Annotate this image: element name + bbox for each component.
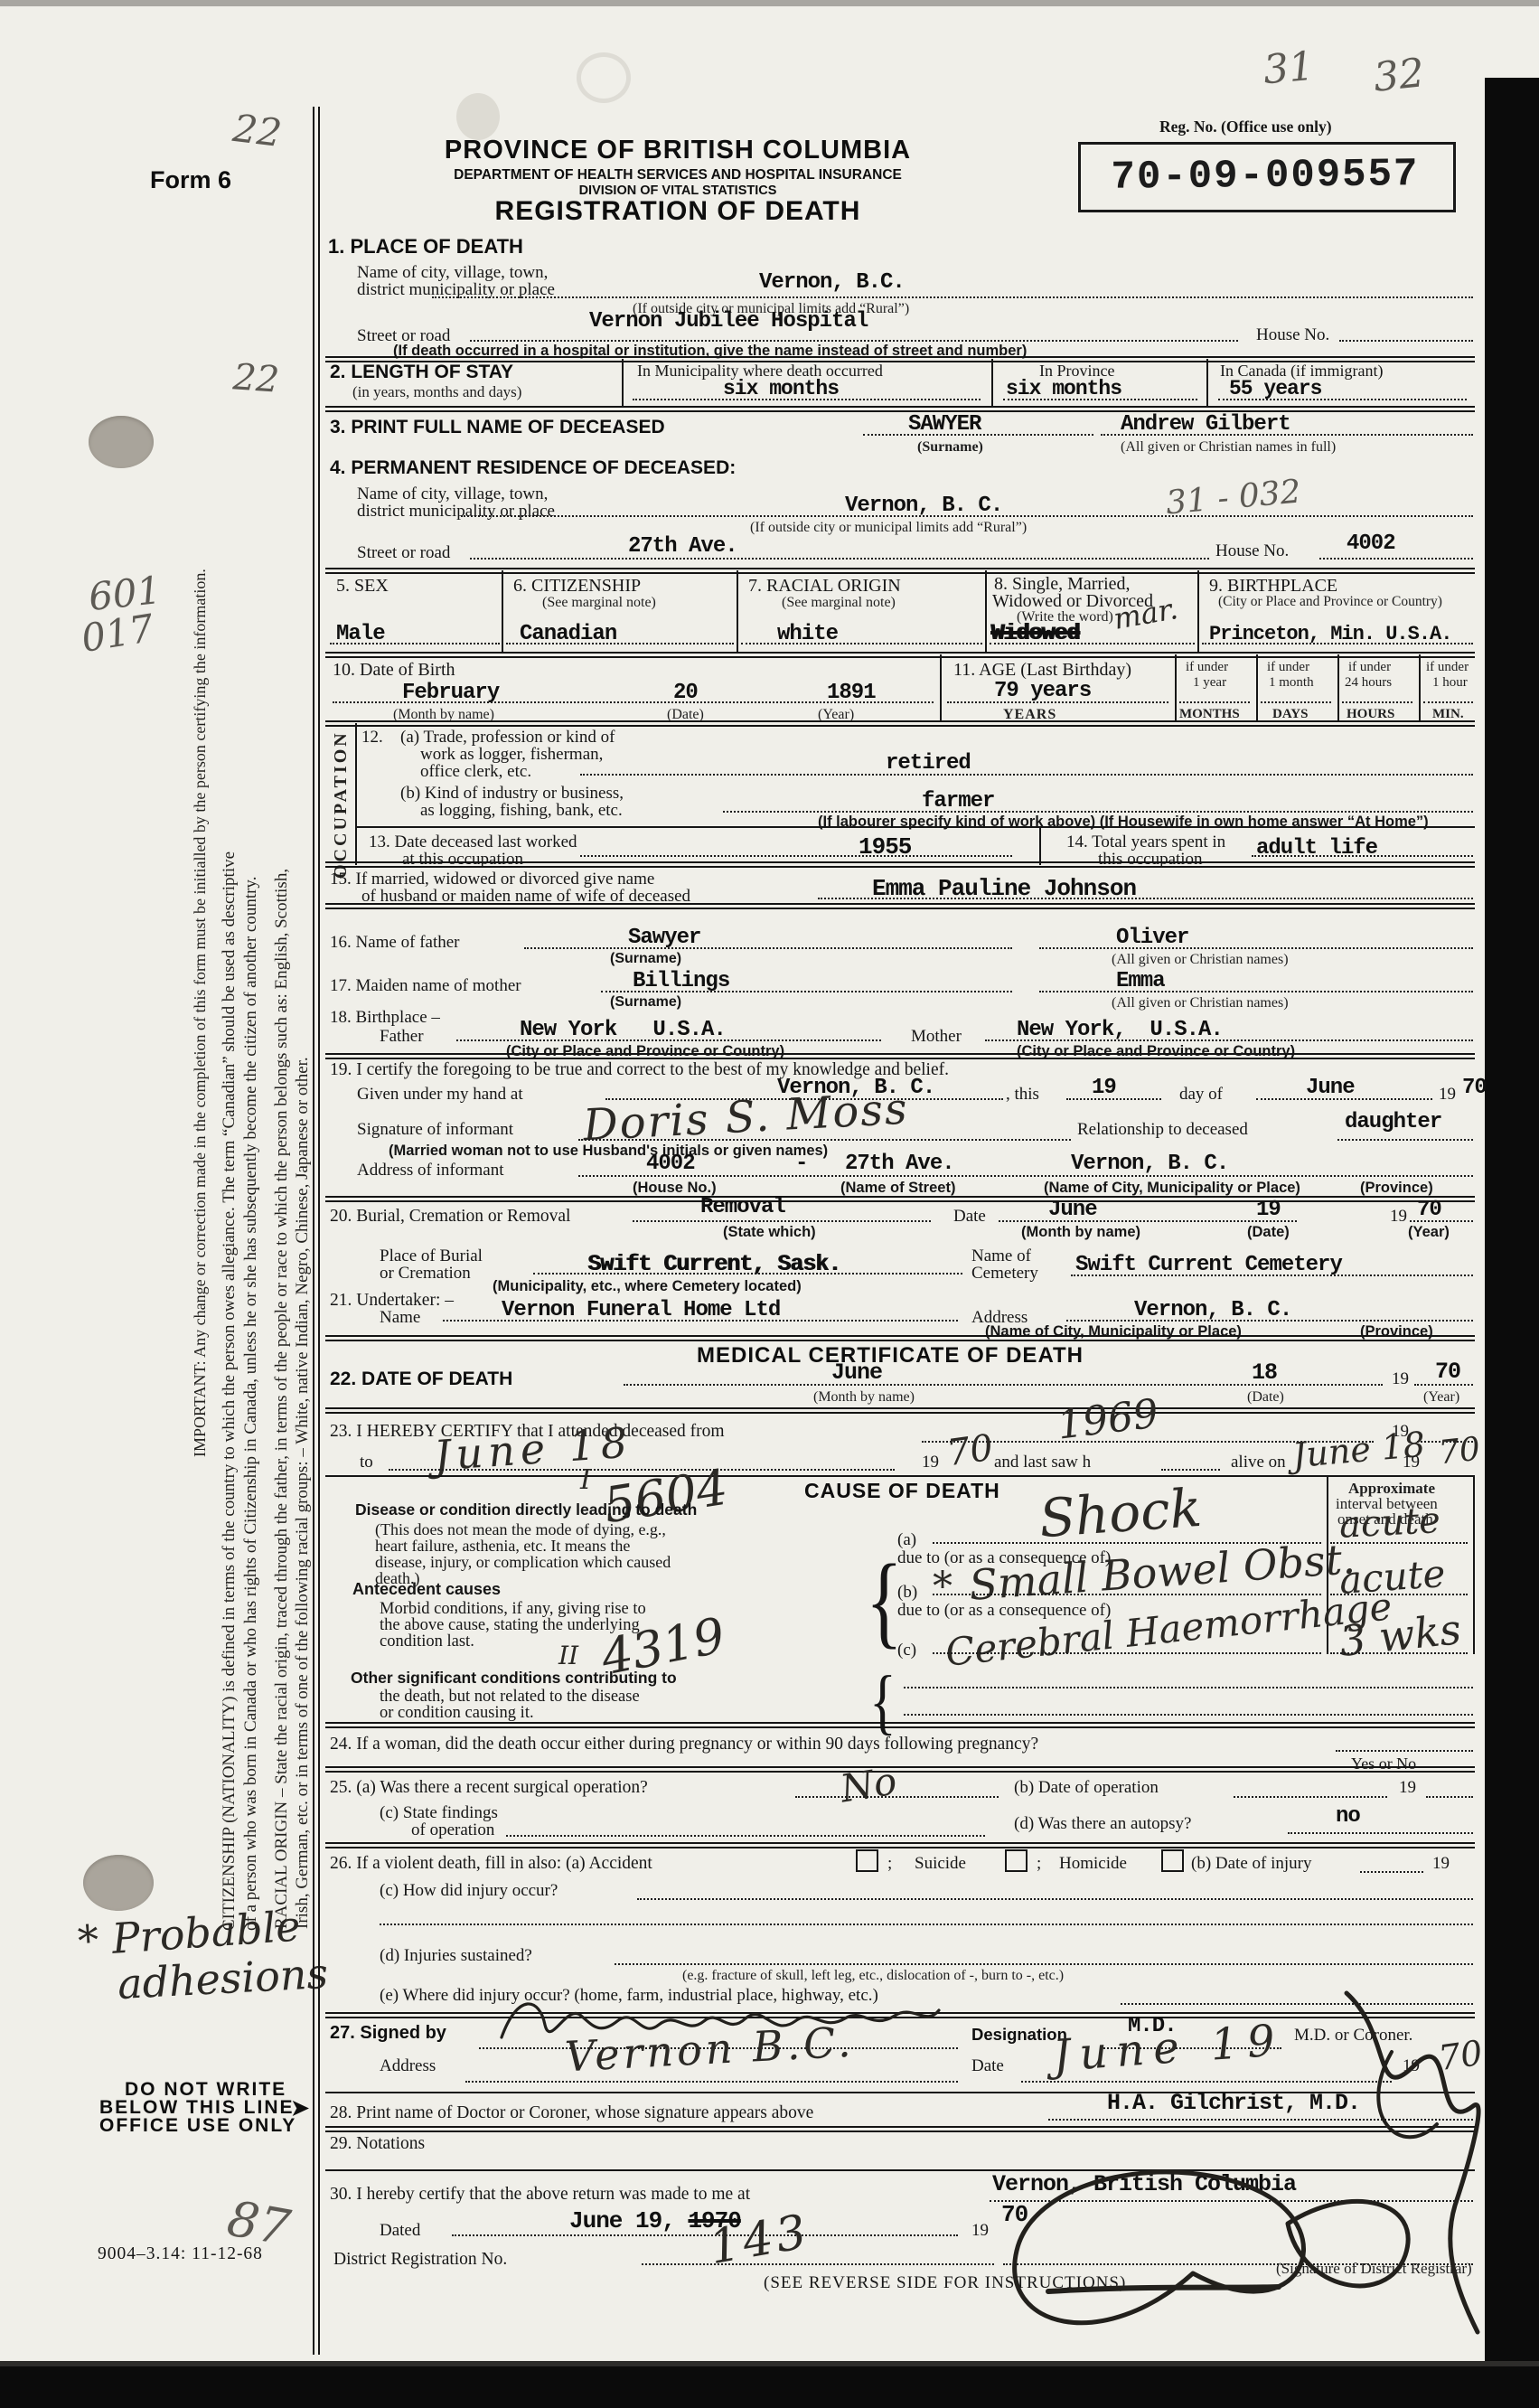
cell-border bbox=[985, 570, 987, 654]
s19-city-hint: (Name of City, Municipality or Place) bbox=[1044, 1180, 1300, 1197]
s11-if-under: if under bbox=[1267, 659, 1309, 675]
s19-relationship-value: daughter bbox=[1345, 1110, 1441, 1134]
s22-year19: 19 bbox=[1392, 1369, 1409, 1390]
s20-date-day: 19 bbox=[1256, 1198, 1281, 1222]
s3-given-names: Andrew Gilbert bbox=[1121, 412, 1290, 437]
cell-border bbox=[940, 654, 942, 721]
s23-to-label: to bbox=[360, 1452, 373, 1473]
s26-c-label: (c) How did injury occur? bbox=[380, 1880, 558, 1902]
medical-title: MEDICAL CERTIFICATE OF DEATH bbox=[596, 1343, 1184, 1369]
s16-surname-hint: (Surname) bbox=[610, 951, 681, 967]
s11-under-1year: 1 year bbox=[1193, 674, 1226, 691]
cause-other-3: or condition causing it. bbox=[380, 1703, 534, 1724]
s18-father-value: New York U.S.A. bbox=[520, 1018, 726, 1042]
s4-city-label-2: district municipality or place bbox=[357, 501, 555, 522]
cause-antecedent-label: Antecedent causes bbox=[352, 1580, 501, 1599]
s20-municipality-hint: (Municipality, etc., where Cemetery loca… bbox=[493, 1278, 802, 1295]
s22-label: 22. DATE OF DEATH bbox=[330, 1369, 512, 1390]
dotted-line bbox=[533, 1273, 962, 1275]
dotted-line bbox=[580, 855, 1012, 857]
section-divider bbox=[325, 568, 1475, 574]
s17-surname: Billings bbox=[633, 969, 729, 993]
s19-year-value: 70 bbox=[1462, 1076, 1487, 1100]
handwritten-22-top: 22 bbox=[230, 106, 284, 155]
cell-border bbox=[1175, 654, 1177, 721]
cell-border bbox=[502, 570, 503, 654]
margin-note-racial-origin-line2: Irish, German, etc. or in terms of one o… bbox=[293, 1057, 313, 1929]
handwritten-22-mid: 22 bbox=[231, 356, 280, 400]
s4-title: 4. PERMANENT RESIDENCE OF DECEASED: bbox=[330, 457, 736, 479]
dotted-line bbox=[1066, 1320, 1473, 1322]
dotted-line bbox=[1161, 1469, 1220, 1471]
cause-other-label: Other significant conditions contributin… bbox=[351, 1669, 677, 1688]
dotted-line bbox=[933, 1594, 1321, 1595]
dotted-line bbox=[506, 1835, 985, 1837]
dotted-line bbox=[637, 1898, 1473, 1900]
s17-surname-hint: (Surname) bbox=[610, 994, 681, 1011]
s3-surname-hint: (Surname) bbox=[917, 438, 983, 456]
brace: { bbox=[869, 1660, 896, 1744]
cell-border bbox=[1337, 654, 1339, 721]
dotted-line bbox=[432, 296, 1473, 298]
s26-b-label: (b) Date of injury bbox=[1191, 1853, 1311, 1875]
row-divider bbox=[355, 826, 1475, 828]
s30-dated-month-day: June 19, bbox=[569, 2207, 688, 2234]
reg-no-stamp: 70-09-009557 bbox=[1107, 152, 1424, 201]
dotted-line bbox=[1039, 947, 1473, 949]
s20-state-hint: (State which) bbox=[723, 1224, 816, 1241]
s22-month: June bbox=[831, 1359, 882, 1386]
dotted-line bbox=[947, 701, 1168, 703]
dotted-line bbox=[1252, 855, 1473, 857]
s6-marginal-hint: (See marginal note) bbox=[542, 594, 656, 611]
s19-this-label: , this bbox=[1006, 1084, 1039, 1105]
s2-title: 2. LENGTH OF STAY bbox=[330, 362, 513, 383]
s20-label: 20. Burial, Cremation or Removal bbox=[330, 1206, 570, 1228]
s21-address-value: Vernon, B. C. bbox=[1134, 1298, 1291, 1322]
scan-right-black-band bbox=[1485, 78, 1539, 2408]
dotted-line bbox=[452, 2234, 958, 2236]
s17-label: 17. Maiden name of mother bbox=[330, 975, 521, 997]
s25-b-year19: 19 bbox=[1399, 1777, 1416, 1799]
header-department: DEPARTMENT OF HEALTH SERVICES AND HOSPIT… bbox=[389, 167, 967, 183]
dotted-line bbox=[524, 947, 1012, 949]
handwritten-adhesions: adhesions bbox=[117, 1949, 329, 2008]
s21-name-label: Name bbox=[380, 1307, 420, 1329]
cell-border bbox=[622, 359, 624, 406]
dotted-line bbox=[1330, 1652, 1468, 1654]
punch-hole bbox=[89, 416, 154, 468]
cause-disease-label: Disease or condition directly leading to… bbox=[355, 1500, 697, 1519]
scan-top-edge bbox=[0, 0, 1539, 6]
s1-city-value: Vernon, B.C. bbox=[759, 270, 905, 295]
s18-mother-value: New York, U.S.A. bbox=[1017, 1018, 1223, 1042]
dotted-line bbox=[1039, 991, 1473, 992]
dotted-line bbox=[380, 1924, 1473, 1925]
handwritten-shock: Shock bbox=[1037, 1477, 1204, 1549]
s16-given: Oliver bbox=[1116, 926, 1188, 950]
margin-note-racial-origin-line1: RACIAL ORIGIN – State the racial origin,… bbox=[272, 869, 292, 1929]
s20-year-value: 70 bbox=[1417, 1198, 1441, 1222]
dotted-line bbox=[642, 2263, 994, 2265]
dotted-line bbox=[1256, 1098, 1432, 1100]
s19-signature-label: Signature of informant bbox=[357, 1119, 513, 1141]
s18-father-label: Father bbox=[380, 1026, 424, 1048]
s25-a-label: 25. (a) Was there a recent surgical oper… bbox=[330, 1777, 648, 1799]
s2-col3-value: 55 years bbox=[1229, 377, 1321, 400]
header-title: REGISTRATION OF DEATH bbox=[389, 196, 967, 227]
handwritten-mark-I: I bbox=[580, 1464, 591, 1496]
cell-border bbox=[355, 723, 357, 865]
dotted-line bbox=[1426, 1796, 1473, 1798]
s26-semi-1: ; bbox=[887, 1853, 892, 1875]
dotted-line bbox=[723, 811, 1473, 813]
cause-morbid-3: condition last. bbox=[380, 1632, 474, 1652]
s19-dayof-label: day of bbox=[1179, 1084, 1223, 1105]
s19-day: 19 bbox=[1092, 1076, 1116, 1100]
s19-address-dash: - bbox=[795, 1152, 807, 1176]
s11-value: 79 years bbox=[994, 679, 1091, 703]
section-divider bbox=[325, 652, 1475, 658]
s22-date-hint: (Date) bbox=[1247, 1388, 1284, 1406]
cell-border bbox=[1206, 359, 1208, 406]
section-divider bbox=[325, 1335, 1475, 1341]
s22-day: 18 bbox=[1252, 1359, 1277, 1386]
s20-cemetery-value: Swift Current Cemetery bbox=[1075, 1253, 1342, 1277]
s19-address-street: 27th Ave. bbox=[845, 1152, 954, 1176]
cell-border bbox=[1419, 654, 1421, 721]
cell-border bbox=[1197, 570, 1199, 654]
s19-address-city: Vernon, B. C. bbox=[1071, 1152, 1228, 1176]
dotted-line bbox=[933, 1652, 1321, 1654]
do-not-write-line3: OFFICE USE ONLY bbox=[99, 2115, 296, 2137]
s23-handwritten-from: 1969 bbox=[1055, 1390, 1160, 1448]
section-divider bbox=[325, 720, 1475, 727]
s4-house-value: 4002 bbox=[1347, 531, 1395, 556]
dotted-line bbox=[470, 340, 1238, 342]
s16-surname: Sawyer bbox=[628, 926, 700, 950]
scan-smudge-circle bbox=[456, 93, 500, 140]
s5-label: 5. SEX bbox=[336, 575, 389, 597]
dotted-line bbox=[985, 1039, 1473, 1041]
dotted-line bbox=[333, 701, 934, 703]
s23-lastsaw: and last saw h bbox=[994, 1452, 1091, 1473]
s1-house-label: House No. bbox=[1256, 325, 1329, 346]
scan-smudge-circle bbox=[577, 52, 631, 103]
s25-d-label: (d) Was there an autopsy? bbox=[1014, 1813, 1192, 1835]
section-divider bbox=[325, 1842, 1475, 1848]
section-divider bbox=[325, 1407, 1475, 1414]
s19-month: June bbox=[1306, 1076, 1355, 1100]
s2-col1-value: six months bbox=[723, 377, 839, 400]
s20-date-month: June bbox=[1048, 1198, 1097, 1222]
s20-cemetery-label-2: Cemetery bbox=[971, 1263, 1038, 1284]
s19-given-label: Given under my hand at bbox=[357, 1084, 523, 1105]
s3-surname: SAWYER bbox=[908, 412, 981, 437]
s12-a-label-3: office clerk, etc. bbox=[420, 761, 531, 783]
section-divider bbox=[325, 1722, 1475, 1728]
reg-no-label: Reg. No. (Office use only) bbox=[1159, 118, 1332, 137]
s26-suicide-label: Suicide bbox=[915, 1853, 966, 1875]
margin-rule bbox=[318, 107, 320, 2355]
s20-year19: 19 bbox=[1390, 1206, 1407, 1228]
s4-street-label: Street or road bbox=[357, 542, 450, 564]
s11-if-under: if under bbox=[1186, 659, 1228, 675]
s3-given-hint: (All given or Christian names in full) bbox=[1121, 438, 1336, 456]
suicide-checkbox bbox=[1005, 1849, 1028, 1872]
dotted-line bbox=[1071, 1275, 1473, 1276]
s4-rural-hint: (If outside city or municipal limits add… bbox=[750, 519, 1027, 536]
s30-label: 30. I hereby certify that the above retu… bbox=[330, 2184, 750, 2206]
punch-hole bbox=[83, 1855, 154, 1911]
dotted-line bbox=[1202, 643, 1473, 644]
dotted-line bbox=[904, 1714, 1473, 1716]
s19-address-label: Address of informant bbox=[357, 1160, 504, 1181]
s26-b-year19: 19 bbox=[1432, 1853, 1450, 1875]
s19-address-house: 4002 bbox=[646, 1152, 695, 1176]
s12-b-hint: (If labourer specify kind of work above)… bbox=[818, 814, 1429, 831]
form-print-code: 9004–3.14: 11-12-68 bbox=[98, 2243, 263, 2265]
s28-label: 28. Print name of Doctor or Coroner, who… bbox=[330, 2102, 813, 2124]
dotted-line bbox=[904, 1687, 1473, 1688]
s12-a-value: retired bbox=[886, 751, 971, 776]
s22-year-value: 70 bbox=[1435, 1359, 1460, 1385]
s2-subtitle: (in years, months and days) bbox=[352, 383, 521, 401]
s27-address-label: Address bbox=[380, 2055, 436, 2077]
s21-name-value: Vernon Funeral Home Ltd bbox=[502, 1298, 780, 1322]
section-divider bbox=[325, 1766, 1475, 1773]
dotted-line bbox=[1414, 1384, 1473, 1386]
s23-year19-mid: 19 bbox=[922, 1452, 939, 1473]
s27-label: 27. Signed by bbox=[330, 2023, 446, 2044]
dotted-line bbox=[578, 1139, 1071, 1141]
dotted-line bbox=[330, 643, 500, 644]
s23-year19b: 19 bbox=[1403, 1452, 1420, 1473]
informant-signature: Doris S. Moss bbox=[582, 1084, 910, 1152]
s19-married-hint: (Married woman not to use Husband's init… bbox=[389, 1143, 828, 1160]
header-province: PROVINCE OF BRITISH COLUMBIA bbox=[389, 136, 967, 165]
s30-district-label: District Registration No. bbox=[333, 2249, 507, 2271]
s18-mother-label: Mother bbox=[911, 1026, 962, 1048]
s19-relationship-label: Relationship to deceased bbox=[1077, 1119, 1248, 1141]
dotted-line bbox=[1423, 701, 1473, 703]
dotted-line bbox=[1288, 1832, 1473, 1834]
s20-value: Removal bbox=[700, 1195, 785, 1219]
handwritten-reg-no-1: 31 bbox=[1262, 43, 1316, 94]
dotted-line bbox=[443, 1320, 958, 1322]
cell-border bbox=[991, 359, 993, 406]
section-divider bbox=[325, 1196, 1475, 1202]
s23-handwritten-alive-year: 70 bbox=[1437, 1431, 1482, 1472]
s26-a-label: 26. If a violent death, fill in also: (a… bbox=[330, 1853, 652, 1875]
s7-marginal-hint: (See marginal note) bbox=[782, 594, 896, 611]
s26-homicide-label: Homicide bbox=[1059, 1853, 1127, 1875]
section-divider bbox=[325, 1475, 1475, 1477]
dotted-line bbox=[461, 515, 1473, 517]
s9-hint: (City or Place and Province or Country) bbox=[1218, 594, 1442, 611]
registrar-signature-scribble bbox=[967, 1971, 1487, 2386]
dotted-line bbox=[741, 643, 982, 644]
cause-title: CAUSE OF DEATH bbox=[804, 1479, 1000, 1503]
dotted-line bbox=[615, 1963, 1473, 1965]
handwritten-mark-II: II bbox=[558, 1641, 578, 1670]
s12-number: 12. bbox=[361, 727, 383, 748]
dotted-line bbox=[578, 1175, 1473, 1177]
dotted-line bbox=[1337, 1139, 1473, 1141]
s16-label: 16. Name of father bbox=[330, 932, 460, 954]
form-number: Form 6 bbox=[150, 166, 231, 194]
s11-under-1hour: 1 hour bbox=[1432, 674, 1468, 691]
s1-street-value: Vernon Jubilee Hospital bbox=[589, 309, 868, 334]
section-divider bbox=[325, 861, 1475, 868]
s11-if-under: if under bbox=[1348, 659, 1391, 675]
s23-handwritten-to-year: 70 bbox=[944, 1427, 996, 1475]
dotted-line bbox=[1234, 1796, 1387, 1798]
occupation-vertical-label: OCCUPATION bbox=[331, 730, 352, 879]
s4-city-value: Vernon, B. C. bbox=[845, 494, 1002, 518]
dotted-line bbox=[506, 643, 734, 644]
margin-note-citizenship-line2: of a person who was born in Canada or wh… bbox=[241, 877, 261, 1931]
s25-d-value: no bbox=[1336, 1804, 1360, 1829]
s20-date-hint: (Date) bbox=[1247, 1224, 1290, 1241]
section-divider bbox=[325, 406, 1475, 412]
margin-note-citizenship-line1: CITIZENSHIP (NATIONALITY) is defined in … bbox=[220, 851, 239, 1931]
s22-month-hint: (Month by name) bbox=[813, 1388, 915, 1406]
s19-street-hint: (Name of Street) bbox=[840, 1180, 955, 1197]
dotted-line bbox=[1319, 558, 1473, 560]
cell-border bbox=[1039, 826, 1041, 865]
dotted-line bbox=[465, 2081, 958, 2083]
s4-street-value: 27th Ave. bbox=[628, 534, 737, 559]
cell-border bbox=[1256, 654, 1258, 721]
s20-year-hint: (Year) bbox=[1408, 1224, 1450, 1241]
dotted-line bbox=[633, 1220, 931, 1222]
s20-date-label: Date bbox=[953, 1206, 986, 1228]
margin-rule bbox=[313, 107, 314, 2355]
handwritten-reg-no-2: 32 bbox=[1371, 50, 1426, 101]
dotted-line bbox=[580, 774, 1473, 776]
s17-given: Emma bbox=[1116, 969, 1165, 993]
section-divider bbox=[325, 1053, 1475, 1059]
s2-col2-value: six months bbox=[1006, 377, 1121, 400]
s20-month-hint: (Month by name) bbox=[1021, 1224, 1140, 1241]
dotted-line bbox=[456, 1039, 881, 1041]
s19-year19: 19 bbox=[1439, 1084, 1456, 1105]
dotted-line bbox=[1261, 701, 1331, 703]
s3-title: 3. PRINT FULL NAME OF DECEASED bbox=[330, 417, 665, 438]
cell-border bbox=[737, 570, 738, 654]
dotted-line bbox=[1339, 340, 1473, 342]
s25-handwritten-no: No bbox=[838, 1758, 900, 1811]
dotted-line bbox=[1179, 701, 1250, 703]
s16-given-hint: (All given or Christian names) bbox=[1112, 951, 1289, 968]
dotted-line bbox=[1342, 701, 1412, 703]
s11-under-1month: 1 month bbox=[1269, 674, 1314, 691]
s17-given-hint: (All given or Christian names) bbox=[1112, 994, 1289, 1011]
s26-semi-2: ; bbox=[1037, 1853, 1041, 1875]
section-divider bbox=[325, 903, 1475, 909]
s12-b-value: farmer bbox=[922, 789, 994, 814]
dotted-line bbox=[1003, 399, 1197, 400]
s19-province-hint: (Province) bbox=[1360, 1180, 1433, 1197]
s25-c-label-2: of operation bbox=[411, 1820, 494, 1841]
dotted-line bbox=[990, 643, 1195, 644]
dotted-line bbox=[624, 1384, 1383, 1386]
dotted-line bbox=[470, 558, 1209, 560]
s1-title: 1. PLACE OF DEATH bbox=[328, 235, 523, 259]
dotted-line bbox=[1360, 1871, 1423, 1873]
dotted-line bbox=[1101, 434, 1473, 436]
dotted-line bbox=[818, 898, 1473, 899]
dotted-line bbox=[1336, 1750, 1473, 1752]
s20-place-label-2: or Cremation bbox=[380, 1263, 471, 1284]
s22-year-hint: (Year) bbox=[1423, 1388, 1459, 1406]
s29-label: 29. Notations bbox=[330, 2133, 425, 2155]
s23-alive: alive on bbox=[1231, 1452, 1286, 1473]
dotted-line bbox=[863, 434, 1093, 436]
scanned-death-registration-form: 22 Form 6 22 601 017 IMPORTANT: Any chan… bbox=[0, 0, 1539, 2408]
dotted-line bbox=[1218, 399, 1467, 400]
cause-c-label: (c) bbox=[897, 1640, 916, 1661]
s11-if-under: if under bbox=[1426, 659, 1469, 675]
s4-house-label: House No. bbox=[1215, 541, 1289, 562]
dotted-line bbox=[633, 399, 981, 400]
s26-d-label: (d) Injuries sustained? bbox=[380, 1945, 532, 1967]
s10-label: 10. Date of Birth bbox=[333, 659, 455, 682]
dotted-line bbox=[999, 1220, 1297, 1222]
accident-checkbox bbox=[856, 1849, 878, 1872]
dotted-line bbox=[1410, 1220, 1473, 1222]
dotted-line bbox=[1066, 1098, 1161, 1100]
s11-under-24hours: 24 hours bbox=[1345, 674, 1392, 691]
dotted-line bbox=[601, 991, 1012, 992]
dotted-line bbox=[795, 1796, 999, 1798]
margin-note-important: IMPORTANT: Any change or correction made… bbox=[191, 569, 210, 1457]
s12-b-label-2: as logging, fishing, bank, etc. bbox=[420, 800, 623, 822]
s24-label: 24. If a woman, did the death occur eith… bbox=[330, 1734, 1038, 1755]
s25-b-label: (b) Date of operation bbox=[1014, 1777, 1159, 1799]
homicide-checkbox bbox=[1161, 1849, 1184, 1872]
s30-dated-label: Dated bbox=[380, 2220, 420, 2242]
